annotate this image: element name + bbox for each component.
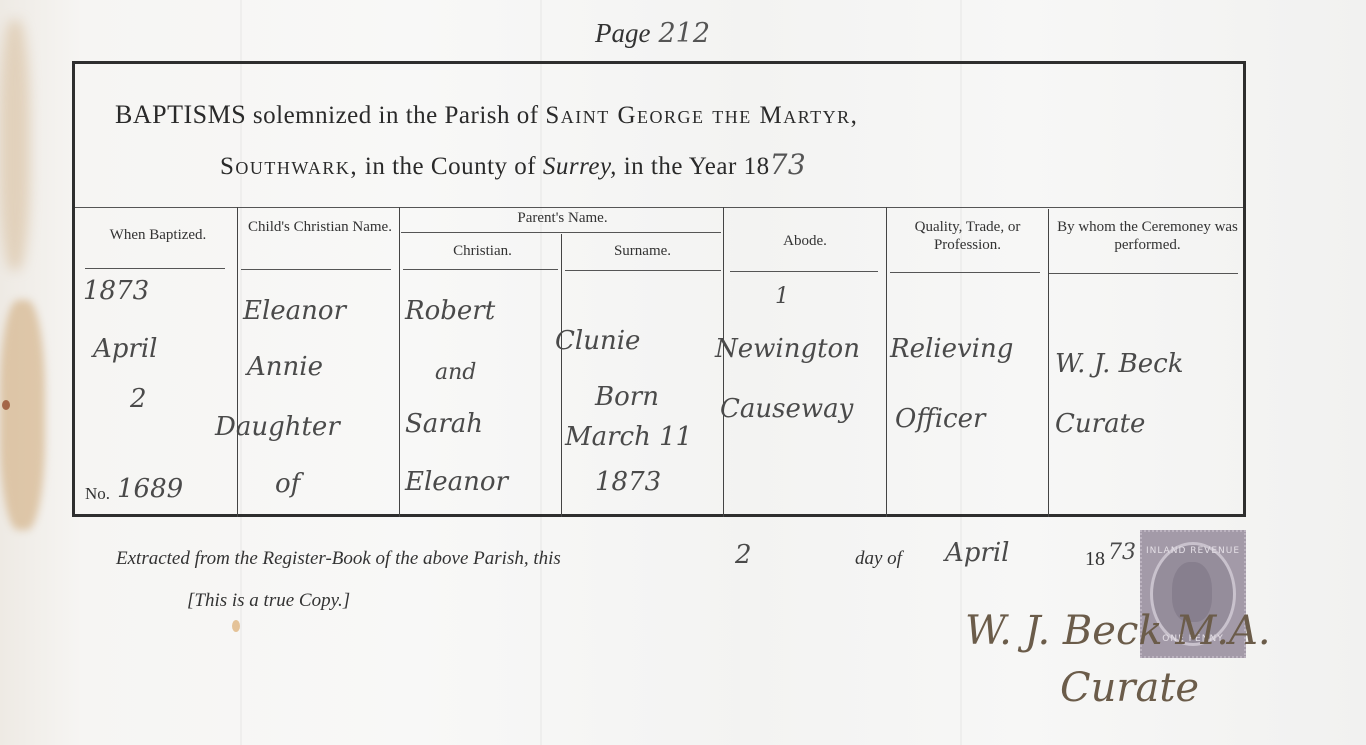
day-of-label: day of	[855, 548, 902, 570]
header-parent-surname: Surname.	[565, 242, 720, 260]
header-rule	[1048, 273, 1238, 274]
title-heading: BAPTISMS	[115, 100, 246, 129]
title-line-1: BAPTISMS solemnized in the Parish of Sai…	[115, 100, 858, 130]
footer-month: April	[945, 538, 1009, 568]
column-divider	[237, 207, 238, 517]
child-name-line: Annie	[247, 352, 323, 382]
quality-line: Officer	[895, 404, 985, 434]
child-name-line: of	[275, 469, 300, 499]
header-rule	[403, 269, 558, 270]
header-rule	[241, 269, 391, 270]
parent-christian-line: Eleanor	[405, 467, 508, 497]
entry-year: 1873	[83, 276, 149, 306]
footer-year-suffix: 73	[1108, 540, 1136, 565]
extracted-text: Extracted from the Register-Book of the …	[116, 548, 561, 570]
abode-line: Newington	[715, 334, 860, 364]
entry-day: 2	[130, 384, 147, 414]
header-parents-name: Parent's Name.	[405, 209, 720, 227]
parent-surname-line: 1873	[595, 467, 661, 497]
header-rule	[85, 268, 225, 269]
year-suffix: 73	[770, 148, 807, 181]
signature-title: Curate	[1060, 665, 1199, 711]
header-rule	[565, 270, 721, 271]
parent-surname-line: Born	[595, 382, 659, 412]
parent-christian-line: and	[435, 360, 476, 385]
column-divider	[1048, 209, 1049, 517]
place-name: Southwark,	[220, 153, 358, 180]
parent-surname-line: March 11	[565, 422, 692, 452]
entry-number-label: No.	[85, 484, 110, 504]
officiant-title: Curate	[1055, 409, 1145, 439]
abode-line: 1	[775, 284, 789, 309]
footer-day: 2	[735, 540, 752, 570]
stamp-top-text: INLAND REVENUE	[1142, 546, 1244, 556]
column-divider	[561, 234, 562, 517]
register-frame: BAPTISMS solemnized in the Parish of Sai…	[72, 61, 1246, 517]
county-name: Surrey,	[543, 153, 617, 180]
signature-name: W. J. Beck M.A.	[965, 608, 1271, 654]
header-parent-christian: Christian.	[405, 242, 560, 260]
paper-stain	[232, 620, 240, 632]
header-abode: Abode.	[730, 232, 880, 250]
parents-rule	[401, 232, 721, 233]
true-copy-text: [This is a true Copy.]	[187, 590, 350, 612]
page-number: 212	[658, 18, 710, 49]
footer-year-prefix: 18	[1085, 548, 1105, 571]
header-rule	[890, 272, 1040, 273]
header-rule	[730, 271, 878, 272]
title-line-2: Southwark, in the County of Surrey, in t…	[220, 148, 806, 181]
page-label: Page212	[595, 18, 710, 49]
column-divider	[886, 207, 887, 517]
parent-christian-line: Robert	[405, 296, 495, 326]
child-name-line: Eleanor	[243, 296, 346, 326]
entry-month: April	[93, 334, 157, 364]
year-label: in the Year 18	[624, 153, 770, 180]
paper-stain	[2, 400, 10, 410]
header-quality: Quality, Trade, or Profession.	[890, 218, 1045, 254]
parent-surname-line: Clunie	[555, 326, 640, 356]
abode-line: Causeway	[720, 394, 853, 424]
child-name-line: Daughter	[215, 412, 340, 442]
entry-number: 1689	[117, 474, 183, 504]
table-top-rule	[75, 207, 1243, 208]
county-text: in the County of	[365, 153, 536, 180]
header-child-name: Child's Christian Name.	[245, 218, 395, 236]
paper-stain	[0, 20, 30, 270]
title-text: solemnized in the Parish of	[253, 102, 539, 129]
paper-stain	[0, 300, 45, 530]
column-divider	[399, 207, 400, 517]
parent-christian-line: Sarah	[405, 409, 483, 439]
header-when-baptized: When Baptized.	[83, 226, 233, 244]
quality-line: Relieving	[890, 334, 1013, 364]
officiant-name: W. J. Beck	[1055, 349, 1183, 379]
page-label-text: Page	[595, 18, 650, 48]
parish-name: Saint George the Martyr,	[545, 102, 858, 129]
header-officiant: By whom the Ceremoney was performed.	[1055, 218, 1240, 254]
